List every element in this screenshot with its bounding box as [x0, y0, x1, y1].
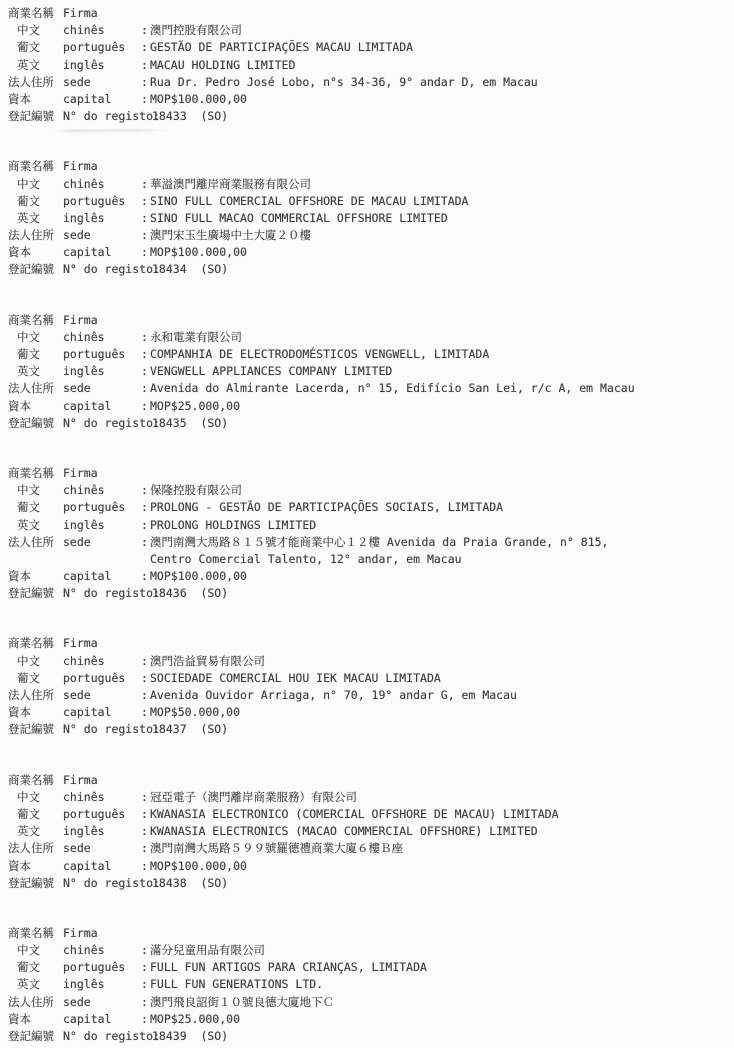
label-zh: 法人住所 — [8, 227, 54, 244]
label-zh: 資本 — [8, 704, 31, 721]
company-record: 商業名稱Firma中文chinês:保隆控股有限公司葡文português:PR… — [0, 465, 734, 603]
label-zh: 法人住所 — [8, 380, 54, 397]
label-pt: português — [63, 39, 125, 56]
label-zh: 資本 — [8, 858, 31, 875]
label-pt: sede — [63, 380, 91, 397]
field-row: 英文inglês:PROLONG HOLDINGS LIMITED — [0, 517, 734, 534]
separator-colon: : — [141, 840, 148, 857]
separator-colon: : — [141, 704, 148, 721]
field-row: 葡文português:KWANASIA ELECTRONICO (COMERC… — [0, 806, 734, 823]
label-pt: português — [63, 806, 125, 823]
field-row: 葡文português:COMPANHIA DE ELECTRODOMÉSTIC… — [0, 346, 734, 363]
field-value: MOP$100.000,00 — [150, 91, 247, 108]
separator-colon: : — [141, 789, 148, 806]
label-zh: 登記編號 — [8, 415, 54, 432]
label-zh: 英文 — [17, 976, 40, 993]
field-row: 英文inglês:VENGWELL APPLIANCES COMPANY LIM… — [0, 363, 734, 380]
registry-document: 商業名稱Firma中文chinês:澳門控股有限公司葡文português:GE… — [0, 0, 734, 1045]
field-row: 葡文português:SOCIEDADE COMERCIAL HOU IEK … — [0, 670, 734, 687]
record-header-row: 商業名稱Firma — [0, 925, 734, 942]
label-pt: chinês — [63, 176, 105, 193]
field-row: 中文chinês:華溢澳門離岸商業服務有限公司 — [0, 176, 734, 193]
scan-artifact — [52, 128, 170, 132]
field-value: 保隆控股有限公司 — [150, 482, 242, 499]
company-record: 商業名稱Firma中文chinês:滿分兒童用品有限公司葡文português:… — [0, 925, 734, 1045]
label-zh: 商業名稱 — [8, 465, 54, 482]
separator-colon: : — [141, 380, 148, 397]
field-value: MOP$100.000,00 — [150, 244, 247, 261]
label-zh: 法人住所 — [8, 994, 54, 1011]
separator-colon: : — [141, 1011, 148, 1028]
field-value: PROLONG HOLDINGS LIMITED — [150, 517, 316, 534]
field-row: 資本capital:MOP$100.000,00 — [0, 244, 734, 261]
record-header-row: 商業名稱Firma — [0, 158, 734, 175]
registration-number: 18439 (SO) — [152, 1028, 228, 1045]
field-row: 法人住所sede:Rua Dr. Pedro José Lobo, n°s 34… — [0, 74, 734, 91]
label-zh: 中文 — [17, 942, 40, 959]
label-zh: 資本 — [8, 568, 31, 585]
label-zh: 葡文 — [17, 959, 40, 976]
label-zh: 英文 — [17, 57, 40, 74]
label-zh: 葡文 — [17, 39, 40, 56]
label-zh: 英文 — [17, 823, 40, 840]
field-value: VENGWELL APPLIANCES COMPANY LIMITED — [150, 363, 392, 380]
separator-colon: : — [141, 227, 148, 244]
field-row: 中文chinês:永和電業有限公司 — [0, 329, 734, 346]
label-zh: 登記編號 — [8, 585, 54, 602]
label-zh: 登記編號 — [8, 261, 54, 278]
company-record: 商業名稱Firma中文chinês:華溢澳門離岸商業服務有限公司葡文portug… — [0, 158, 734, 278]
label-pt: chinês — [63, 653, 105, 670]
label-pt: capital — [63, 858, 111, 875]
label-pt: Firma — [63, 5, 98, 22]
label-pt: capital — [63, 704, 111, 721]
separator-colon: : — [141, 57, 148, 74]
field-row: 法人住所sede:澳門宋玉生廣場中土大廈２０樓 — [0, 227, 734, 244]
field-row: 英文inglês:FULL FUN GENERATIONS LTD. — [0, 976, 734, 993]
label-pt: chinês — [63, 789, 105, 806]
label-pt: capital — [63, 91, 111, 108]
field-row: 中文chinês:保隆控股有限公司 — [0, 482, 734, 499]
registration-row: 登記編號N° do registo:18435 (SO) — [0, 415, 734, 432]
field-row: 法人住所sede:澳門南灣大馬路８１５號才能商業中心１２樓 Avenida da… — [0, 534, 734, 551]
label-pt: capital — [63, 1011, 111, 1028]
field-row: 法人住所sede:澳門南灣大馬路５９９號羅德禮商業大廈６樓Ｂ座 — [0, 840, 734, 857]
field-row: 葡文português:PROLONG - GESTÃO DE PARTICIP… — [0, 499, 734, 516]
field-value: SOCIEDADE COMERCIAL HOU IEK MACAU LIMITA… — [150, 670, 441, 687]
separator-colon: : — [141, 346, 148, 363]
field-value: KWANASIA ELECTRONICO (COMERCIAL OFFSHORE… — [150, 806, 559, 823]
registration-row: 登記編號N° do registo:18439 (SO) — [0, 1028, 734, 1045]
label-pt: inglês — [63, 517, 105, 534]
field-row: 葡文português:FULL FUN ARTIGOS PARA CRIANÇ… — [0, 959, 734, 976]
field-value: PROLONG - GESTÃO DE PARTICIPAÇÕES SOCIAI… — [150, 499, 503, 516]
separator-colon: : — [141, 210, 148, 227]
separator-colon: : — [141, 959, 148, 976]
field-row-continuation: Centro Comercial Talento, 12° andar, em … — [0, 551, 734, 568]
field-row: 資本capital:MOP$50.000,00 — [0, 704, 734, 721]
field-value: Avenida do Almirante Lacerda, n° 15, Edi… — [150, 380, 635, 397]
label-zh: 商業名稱 — [8, 925, 54, 942]
label-pt: inglês — [63, 210, 105, 227]
separator-colon: : — [141, 74, 148, 91]
label-pt: N° do registo: — [63, 415, 160, 432]
label-zh: 中文 — [17, 329, 40, 346]
label-pt: inglês — [63, 363, 105, 380]
field-value: MOP$100.000,00 — [150, 858, 247, 875]
label-zh: 葡文 — [17, 193, 40, 210]
separator-colon: : — [141, 193, 148, 210]
separator-colon: : — [141, 363, 148, 380]
separator-colon: : — [141, 517, 148, 534]
label-zh: 法人住所 — [8, 74, 54, 91]
field-row: 中文chinês:澳門浩益貿易有限公司 — [0, 653, 734, 670]
separator-colon: : — [141, 329, 148, 346]
label-pt: português — [63, 670, 125, 687]
registration-number: 18438 (SO) — [152, 875, 228, 892]
field-value: Rua Dr. Pedro José Lobo, n°s 34-36, 9° a… — [150, 74, 538, 91]
separator-colon: : — [141, 687, 148, 704]
registration-row: 登記編號N° do registo:18438 (SO) — [0, 875, 734, 892]
label-zh: 中文 — [17, 176, 40, 193]
label-zh: 葡文 — [17, 670, 40, 687]
separator-colon: : — [141, 858, 148, 875]
field-value: 澳門控股有限公司 — [150, 22, 242, 39]
field-row: 資本capital:MOP$100.000,00 — [0, 91, 734, 108]
field-row: 中文chinês:澳門控股有限公司 — [0, 22, 734, 39]
company-record: 商業名稱Firma中文chinês:永和電業有限公司葡文português:CO… — [0, 312, 734, 432]
field-value-continuation: Centro Comercial Talento, 12° andar, em … — [150, 551, 462, 568]
label-pt: inglês — [63, 976, 105, 993]
label-zh: 中文 — [17, 653, 40, 670]
record-header-row: 商業名稱Firma — [0, 772, 734, 789]
label-zh: 登記編號 — [8, 721, 54, 738]
separator-colon: : — [141, 976, 148, 993]
field-value: 華溢澳門離岸商業服務有限公司 — [150, 176, 311, 193]
label-zh: 法人住所 — [8, 687, 54, 704]
label-pt: N° do registo: — [63, 108, 160, 125]
separator-colon: : — [141, 568, 148, 585]
label-pt: Firma — [63, 772, 98, 789]
registration-row: 登記編號N° do registo:18433 (SO) — [0, 108, 734, 125]
separator-colon: : — [141, 942, 148, 959]
label-pt: Firma — [63, 925, 98, 942]
label-zh: 英文 — [17, 517, 40, 534]
registration-row: 登記編號N° do registo:18434 (SO) — [0, 261, 734, 278]
label-pt: português — [63, 959, 125, 976]
label-pt: sede — [63, 74, 91, 91]
label-zh: 葡文 — [17, 806, 40, 823]
label-zh: 資本 — [8, 398, 31, 415]
field-row: 法人住所sede:澳門飛良詔街１０號良德大廈地下Ｃ — [0, 994, 734, 1011]
field-value: MOP$25.000,00 — [150, 1011, 240, 1028]
separator-colon: : — [141, 994, 148, 1011]
field-value: 澳門南灣大馬路５９９號羅德禮商業大廈６樓Ｂ座 — [150, 840, 403, 857]
separator-colon: : — [141, 653, 148, 670]
field-value: 澳門浩益貿易有限公司 — [150, 653, 265, 670]
label-pt: inglês — [63, 823, 105, 840]
label-pt: N° do registo: — [63, 875, 160, 892]
field-row: 資本capital:MOP$25.000,00 — [0, 1011, 734, 1028]
label-zh: 登記編號 — [8, 875, 54, 892]
label-pt: N° do registo: — [63, 261, 160, 278]
label-zh: 中文 — [17, 789, 40, 806]
record-header-row: 商業名稱Firma — [0, 465, 734, 482]
field-row: 葡文português:GESTÃO DE PARTICIPAÇÕES MACA… — [0, 39, 734, 56]
field-value: 永和電業有限公司 — [150, 329, 242, 346]
field-row: 英文inglês:MACAU HOLDING LIMITED — [0, 57, 734, 74]
separator-colon: : — [141, 39, 148, 56]
label-pt: sede — [63, 534, 91, 551]
label-zh: 中文 — [17, 482, 40, 499]
field-row: 資本capital:MOP$100.000,00 — [0, 568, 734, 585]
label-pt: capital — [63, 398, 111, 415]
separator-colon: : — [141, 534, 148, 551]
registration-number: 18434 (SO) — [152, 261, 228, 278]
separator-colon: : — [141, 244, 148, 261]
separator-colon: : — [141, 499, 148, 516]
separator-colon: : — [141, 398, 148, 415]
field-row: 中文chinês:冠亞電子（澳門離岸商業服務）有限公司 — [0, 789, 734, 806]
record-header-row: 商業名稱Firma — [0, 312, 734, 329]
separator-colon: : — [141, 176, 148, 193]
label-pt: português — [63, 346, 125, 363]
label-zh: 法人住所 — [8, 534, 54, 551]
registration-row: 登記編號N° do registo:18437 (SO) — [0, 721, 734, 738]
field-value: 澳門飛良詔街１０號良德大廈地下Ｃ — [150, 994, 334, 1011]
separator-colon: : — [141, 22, 148, 39]
separator-colon: : — [141, 806, 148, 823]
record-header-row: 商業名稱Firma — [0, 5, 734, 22]
label-pt: N° do registo: — [63, 585, 160, 602]
registration-number: 18436 (SO) — [152, 585, 228, 602]
field-value: SINO FULL MACAO COMMERCIAL OFFSHORE LIMI… — [150, 210, 448, 227]
record-header-row: 商業名稱Firma — [0, 635, 734, 652]
label-pt: Firma — [63, 465, 98, 482]
registration-number: 18437 (SO) — [152, 721, 228, 738]
label-zh: 登記編號 — [8, 1028, 54, 1045]
label-pt: português — [63, 193, 125, 210]
field-value: 冠亞電子（澳門離岸商業服務）有限公司 — [150, 789, 357, 806]
field-value: MOP$50.000,00 — [150, 704, 240, 721]
label-zh: 中文 — [17, 22, 40, 39]
field-value: COMPANHIA DE ELECTRODOMÉSTICOS VENGWELL,… — [150, 346, 489, 363]
registration-number: 18433 (SO) — [152, 108, 228, 125]
label-pt: chinês — [63, 22, 105, 39]
registration-row: 登記編號N° do registo:18436 (SO) — [0, 585, 734, 602]
separator-colon: : — [141, 482, 148, 499]
label-pt: chinês — [63, 482, 105, 499]
field-value: FULL FUN GENERATIONS LTD. — [150, 976, 323, 993]
label-zh: 登記編號 — [8, 108, 54, 125]
field-value: SINO FULL COMERCIAL OFFSHORE DE MACAU LI… — [150, 193, 469, 210]
field-value: 澳門南灣大馬路８１５號才能商業中心１２樓 Avenida da Praia Gr… — [150, 534, 608, 551]
separator-colon: : — [141, 91, 148, 108]
label-zh: 葡文 — [17, 499, 40, 516]
label-zh: 英文 — [17, 363, 40, 380]
label-pt: Firma — [63, 158, 98, 175]
label-pt: capital — [63, 568, 111, 585]
label-pt: N° do registo: — [63, 721, 160, 738]
registration-number: 18435 (SO) — [152, 415, 228, 432]
label-pt: chinês — [63, 329, 105, 346]
label-pt: sede — [63, 840, 91, 857]
field-row: 法人住所sede:Avenida Ouvidor Arriaga, n° 70,… — [0, 687, 734, 704]
label-pt: sede — [63, 227, 91, 244]
label-pt: inglês — [63, 57, 105, 74]
label-zh: 商業名稱 — [8, 312, 54, 329]
field-value: MACAU HOLDING LIMITED — [150, 57, 295, 74]
separator-colon: : — [141, 823, 148, 840]
label-zh: 法人住所 — [8, 840, 54, 857]
company-record: 商業名稱Firma中文chinês:冠亞電子（澳門離岸商業服務）有限公司葡文po… — [0, 772, 734, 892]
label-pt: português — [63, 499, 125, 516]
label-pt: sede — [63, 994, 91, 1011]
field-row: 資本capital:MOP$100.000,00 — [0, 858, 734, 875]
field-value: MOP$25.000,00 — [150, 398, 240, 415]
company-record: 商業名稱Firma中文chinês:澳門控股有限公司葡文português:GE… — [0, 5, 734, 125]
field-row: 中文chinês:滿分兒童用品有限公司 — [0, 942, 734, 959]
label-pt: Firma — [63, 635, 98, 652]
field-value: 滿分兒童用品有限公司 — [150, 942, 265, 959]
label-pt: capital — [63, 244, 111, 261]
field-row: 英文inglês:SINO FULL MACAO COMMERCIAL OFFS… — [0, 210, 734, 227]
label-zh: 商業名稱 — [8, 5, 54, 22]
label-pt: chinês — [63, 942, 105, 959]
label-zh: 商業名稱 — [8, 158, 54, 175]
field-value: Avenida Ouvidor Arriaga, n° 70, 19° anda… — [150, 687, 517, 704]
separator-colon: : — [141, 670, 148, 687]
label-pt: sede — [63, 687, 91, 704]
company-record: 商業名稱Firma中文chinês:澳門浩益貿易有限公司葡文português:… — [0, 635, 734, 738]
label-pt: Firma — [63, 312, 98, 329]
field-value: FULL FUN ARTIGOS PARA CRIANÇAS, LIMITADA — [150, 959, 427, 976]
field-value: KWANASIA ELECTRONICS (MACAO COMMERCIAL O… — [150, 823, 538, 840]
label-zh: 資本 — [8, 1011, 31, 1028]
label-zh: 商業名稱 — [8, 635, 54, 652]
field-value: MOP$100.000,00 — [150, 568, 247, 585]
label-zh: 英文 — [17, 210, 40, 227]
field-row: 英文inglês:KWANASIA ELECTRONICS (MACAO COM… — [0, 823, 734, 840]
label-pt: N° do registo: — [63, 1028, 160, 1045]
label-zh: 資本 — [8, 91, 31, 108]
label-zh: 葡文 — [17, 346, 40, 363]
label-zh: 商業名稱 — [8, 772, 54, 789]
field-value: GESTÃO DE PARTICIPAÇÕES MACAU LIMITADA — [150, 39, 413, 56]
field-row: 葡文português:SINO FULL COMERCIAL OFFSHORE… — [0, 193, 734, 210]
field-row: 法人住所sede:Avenida do Almirante Lacerda, n… — [0, 380, 734, 397]
field-value: 澳門宋玉生廣場中土大廈２０樓 — [150, 227, 311, 244]
field-row: 資本capital:MOP$25.000,00 — [0, 398, 734, 415]
label-zh: 資本 — [8, 244, 31, 261]
